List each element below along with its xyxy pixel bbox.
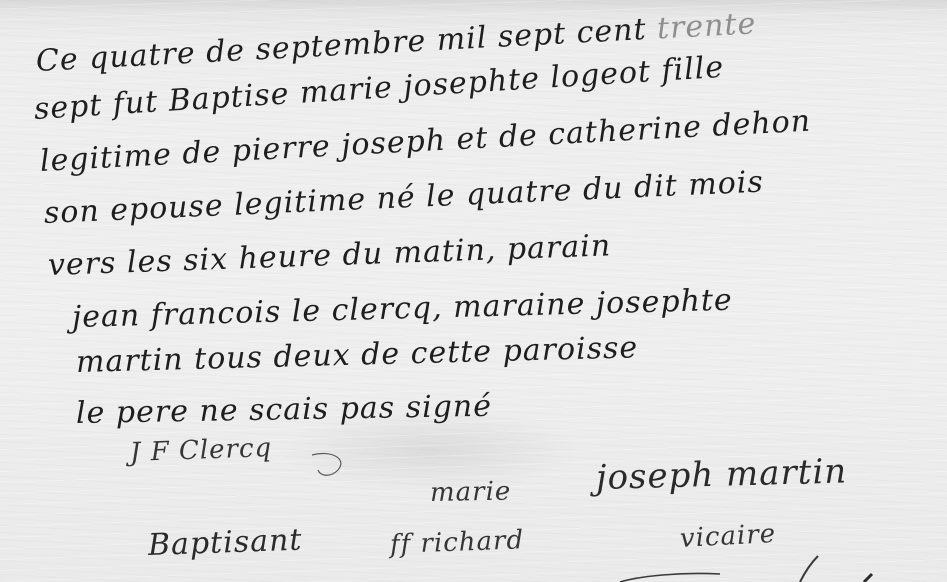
ink-strokes-decoration <box>0 0 947 582</box>
manuscript-page: Ce quatre de septembre mil sept cent tre… <box>0 0 947 582</box>
